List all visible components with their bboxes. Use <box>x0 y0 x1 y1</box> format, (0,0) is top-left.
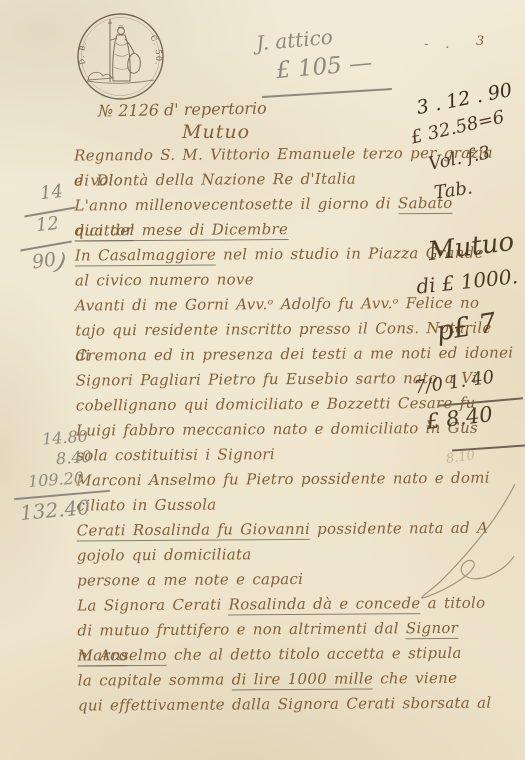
pencil-note-price: £ 105 — <box>275 50 373 84</box>
text-line: di mutuo fruttifero e non altrimenti dal… <box>77 615 515 643</box>
document-title: Mutuo <box>182 121 250 143</box>
price-underline <box>262 88 392 97</box>
pencil-note-subject: J. attico <box>255 25 334 56</box>
text-line: ni Anselmo che al detto titolo accetta e… <box>77 640 515 668</box>
repertorio-number: № 2126 d' repertorio <box>98 99 267 121</box>
revenue-stamp: C. 50. D. B. <box>74 10 167 103</box>
text-line: la capitale somma di lire 1000 mille che… <box>78 665 516 693</box>
scanned-document-page: C. 50. D. B. J. attico £ 105 — - . 3 № 2… <box>0 0 525 760</box>
margin-sum-2: 8.40 <box>55 447 92 468</box>
margin-date-day: 14 <box>39 181 64 204</box>
stamp-value-text: C. 50. <box>148 33 163 66</box>
svg-text:C. 50.: C. 50. <box>148 33 163 66</box>
margin-sum-3: 109.20 <box>27 468 84 491</box>
margin-sum-1: 14.80 <box>41 426 88 448</box>
text-line: qui effettivamente dalla Signora Cerati … <box>78 690 516 718</box>
ink-flourish <box>412 466 525 611</box>
stamp-figure <box>87 19 154 83</box>
corner-dash: - . <box>424 36 456 52</box>
page-number: 3 <box>476 34 484 49</box>
margin-date-month: 12 <box>35 213 60 236</box>
